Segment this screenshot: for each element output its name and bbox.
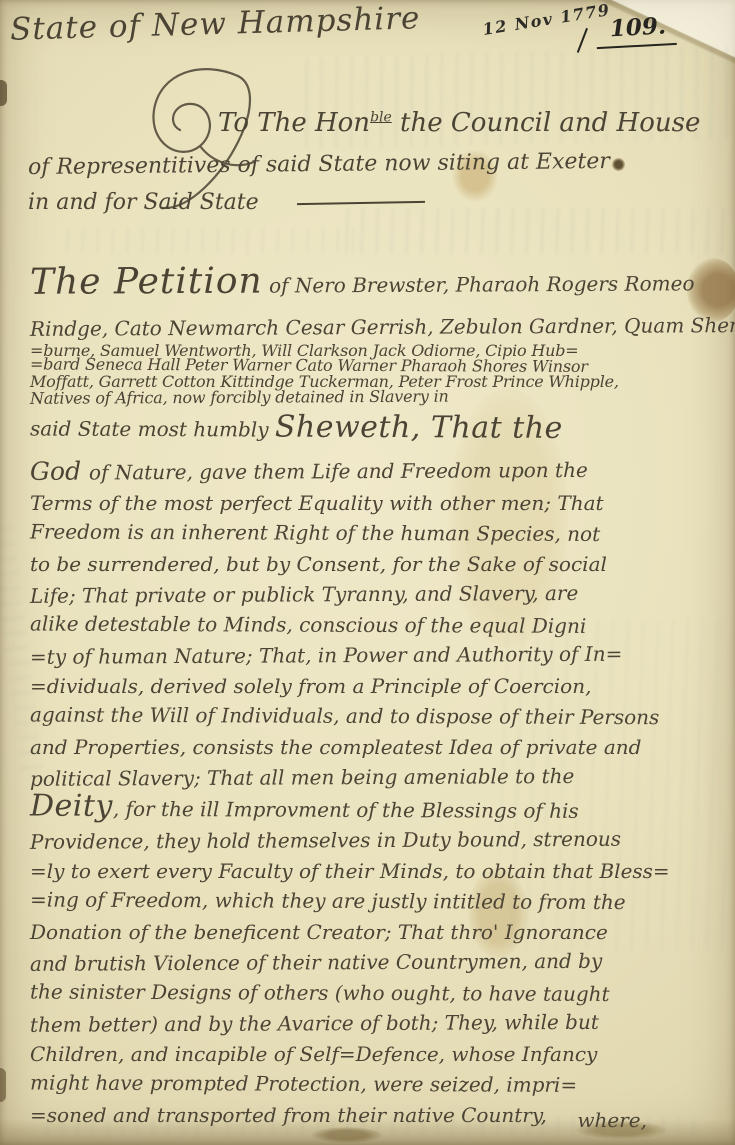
pen-dash-rule <box>297 201 425 205</box>
manuscript-line: and brutish Violence of their native Cou… <box>30 945 724 979</box>
bleed-through-writing <box>60 228 360 254</box>
manuscript-line: =ly to exert every Faculty of their Mind… <box>30 856 724 887</box>
petition-opening-names: of Nero Brewster, Pharaoh Rogers Romeo <box>263 271 695 297</box>
petition-opening-large-script: The Petition <box>30 261 263 303</box>
manuscript-line: =ty of human Nature; That, in Power and … <box>30 638 724 672</box>
manuscript-text: Rindge, Cato Newmarch Cesar Gerrish, Zeb… <box>30 313 735 341</box>
manuscript-line: Life; That private or publick Tyranny, a… <box>30 577 724 611</box>
salutation-line-1: To The Honble the Council and House <box>218 108 700 138</box>
manuscript-line: and Properties, consists the compleatest… <box>30 732 724 763</box>
manuscript-text: the sinister Designs of others (who ough… <box>30 979 610 1006</box>
manuscript-text: Freedom is an inherent Right of the huma… <box>30 519 600 545</box>
salutation-line-3: in and for Said State <box>28 190 425 215</box>
manuscript-text: =soned and transported from their native… <box>30 1103 547 1127</box>
manuscript-line: =dividuals, derived solely from a Princi… <box>30 671 724 702</box>
manuscript-text: That the <box>431 410 563 446</box>
manuscript-text: might have prompted Protection, were sei… <box>30 1070 577 1096</box>
manuscript-text: =dividuals, derived solely from a Princi… <box>30 674 591 698</box>
manuscript-line: them better) and by the Avarice of both;… <box>30 1006 724 1040</box>
manuscript-text: God <box>30 456 89 485</box>
manuscript-text: to be surrendered, but by Consent, for t… <box>30 552 607 576</box>
paper-edge-nick <box>0 1068 6 1102</box>
manuscript-text: and Properties, consists the compleatest… <box>30 735 641 759</box>
manuscript-text: Providence, they hold themselves in Duty… <box>30 827 621 854</box>
manuscript-text: and brutish Violence of their native Cou… <box>30 949 602 976</box>
manuscript-text: Terms of the most perfect Equality with … <box>30 491 604 515</box>
manuscript-line: to be surrendered, but by Consent, for t… <box>30 549 724 580</box>
salutation-pre: To The Hon <box>218 108 370 138</box>
manuscript-text: them better) and by the Avarice of both;… <box>30 1010 599 1037</box>
manuscript-line: against the Will of Individuals, and to … <box>30 699 724 733</box>
salutation-line-2: of Representitives of said State now sit… <box>28 149 610 180</box>
manuscript-text: , for the ill Improvment of the Blessing… <box>113 796 579 822</box>
state-heading: State of New Hampshire <box>10 0 421 47</box>
manuscript-line: the sinister Designs of others (who ough… <box>30 976 724 1010</box>
manuscript-line: Rindge, Cato Newmarch Cesar Gerrish, Zeb… <box>30 310 724 344</box>
manuscript-text: Children, and incapible of Self=Defence,… <box>30 1042 597 1066</box>
manuscript-line: =ing of Freedom, which they are justly i… <box>30 884 724 918</box>
catchword: where, <box>577 1108 647 1132</box>
petition-body: The Petition of Nero Brewster, Pharaoh R… <box>30 254 724 1130</box>
manuscript-text: political Slavery; That all men being am… <box>30 764 574 791</box>
manuscript-line: God of Nature, gave them Life and Freedo… <box>30 451 724 490</box>
manuscript-text: =ing of Freedom, which they are justly i… <box>30 887 626 914</box>
petition-opening-line: The Petition of Nero Brewster, Pharaoh R… <box>30 252 724 314</box>
manuscript-line: political Slavery; That all men being am… <box>30 760 724 794</box>
paper-edge-nick <box>0 80 7 106</box>
manuscript-text: Donation of the beneficent Creator; That… <box>30 920 608 944</box>
manuscript-line: Terms of the most perfect Equality with … <box>30 488 724 519</box>
manuscript-line: Freedom is an inherent Right of the huma… <box>30 516 724 550</box>
salutation-line-3-text: in and for Said State <box>28 190 259 215</box>
manuscript-text: Sheweth, <box>275 409 431 445</box>
manuscript-text: =ty of human Nature; That, in Power and … <box>30 642 622 669</box>
salutation-superscript: ble <box>370 109 392 125</box>
page-number-annotation: 109. <box>595 12 677 49</box>
manuscript-line: might have prompted Protection, were sei… <box>30 1067 724 1101</box>
manuscript-text: Deity <box>30 788 113 823</box>
manuscript-line: said State most humbly Sheweth, That the <box>30 403 724 454</box>
manuscript-line: Children, and incapible of Self=Defence,… <box>30 1039 724 1070</box>
manuscript-page: State of New Hampshire 12 Nov 1779 109. … <box>0 0 735 1145</box>
manuscript-line: Donation of the beneficent Creator; That… <box>30 917 724 948</box>
manuscript-text: =ly to exert every Faculty of their Mind… <box>30 859 670 883</box>
ink-blot <box>612 158 625 171</box>
salutation-post: the Council and House <box>392 108 701 138</box>
manuscript-text: alike detestable to Minds, conscious of … <box>30 611 586 637</box>
manuscript-text: against the Will of Individuals, and to … <box>30 702 659 729</box>
petition-lines: Rindge, Cato Newmarch Cesar Gerrish, Zeb… <box>30 312 724 1130</box>
manuscript-line: alike detestable to Minds, conscious of … <box>30 608 724 642</box>
manuscript-text: said State most humbly <box>30 416 275 441</box>
manuscript-text: Life; That private or publick Tyranny, a… <box>30 581 578 608</box>
manuscript-line: Providence, they hold themselves in Duty… <box>30 823 724 857</box>
manuscript-line: Deity, for the ill Improvment of the Ble… <box>30 791 724 827</box>
manuscript-text: of Nature, gave them Life and Freedom up… <box>89 457 588 484</box>
